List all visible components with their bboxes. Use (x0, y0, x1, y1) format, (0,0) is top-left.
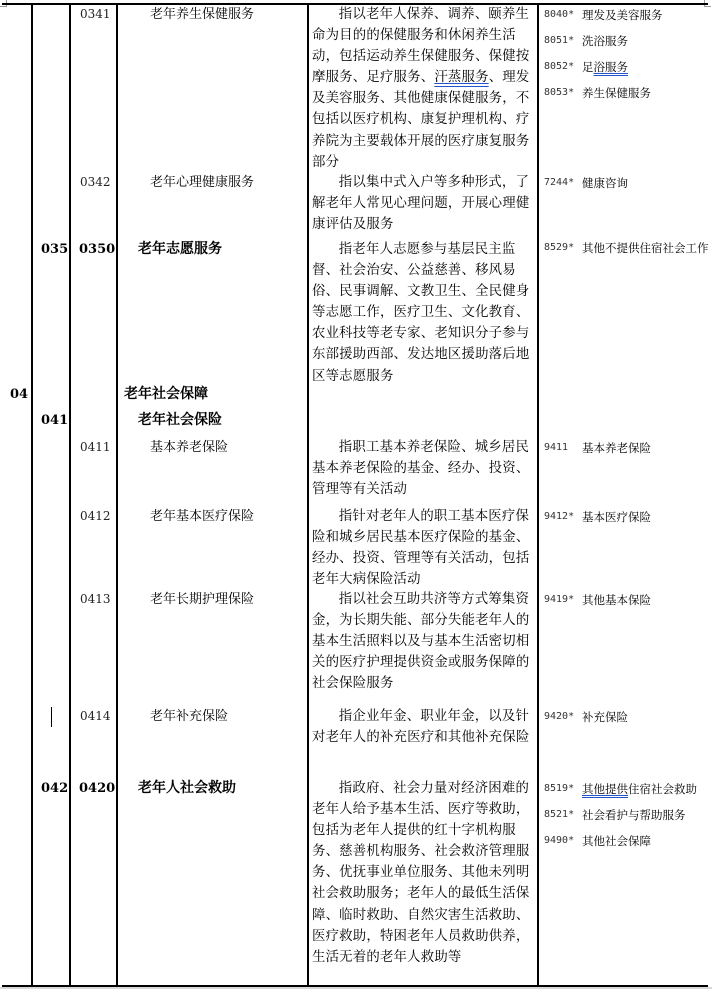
industry-item: 8521*社会看护与帮助服务 (544, 802, 710, 828)
industry-code-list: 9412*基本医疗保险 (544, 504, 710, 530)
major-category-name: 老年社会保障 (124, 384, 208, 405)
industry-item: 8040*理发及美容服务 (544, 2, 710, 28)
industry-code-list: 9419*其他基本保险 (544, 587, 710, 613)
category-description: 指政府、社会力量对经济困难的老年人给予基本生活、医疗等救助，包括为老年人提供的红… (312, 778, 535, 968)
category-name: 老年心理健康服务 (150, 172, 254, 193)
category-description: 指以集中式入户等多种形式，了解老年人常见心理问题，开展心理健康评估及服务 (312, 172, 535, 235)
major-code: 04 (10, 384, 28, 405)
spellcheck-marked-text: 其他提供 (582, 782, 628, 796)
industry-code-list: 7244*健康咨询 (544, 170, 710, 196)
column-divider-sub-name (116, 3, 118, 987)
industry-item: 8051*洗浴服务 (544, 28, 710, 54)
sub-code: 0350 (79, 239, 115, 260)
category-description: 指以老年人保养、调养、颐养生命为目的的保健服务和休闲养生活动，包括运动养生保健服… (312, 4, 535, 173)
category-name: 老年长期护理保险 (150, 589, 254, 610)
category-name: 老年人社会救助 (138, 778, 236, 799)
industry-item: 9411基本养老保险 (544, 435, 710, 461)
mid-code: 042 (41, 778, 68, 799)
column-divider-major-mid (31, 3, 33, 987)
sub-code: 0413 (80, 589, 111, 610)
category-name: 老年志愿服务 (138, 239, 222, 260)
industry-code-list: 8529*其他不提供住宿社会工作 (544, 238, 710, 259)
category-description: 指企业年金、职业年金，以及针对老年人的补充医疗和其他补充保险 (312, 706, 535, 748)
mid-category-name: 老年社会保险 (138, 410, 222, 431)
column-divider-mid-sub (69, 3, 71, 987)
industry-item: 9412*基本医疗保险 (544, 504, 710, 530)
industry-item: 7244*健康咨询 (544, 170, 710, 196)
industry-item: 8052*足浴服务 (544, 54, 710, 80)
industry-item: 9419*其他基本保险 (544, 587, 710, 613)
spellcheck-marked-text: 汗蒸服务 (434, 70, 488, 85)
category-name: 老年基本医疗保险 (150, 506, 254, 527)
sub-code: 0411 (80, 437, 111, 458)
column-divider-name-desc (307, 3, 309, 987)
industry-item: 9490*其他社会保障 (544, 828, 710, 854)
spellcheck-marked-text: 浴服务 (594, 60, 629, 74)
text-cursor-bar (51, 707, 52, 727)
industry-code-list: 8519*其他提供住宿社会救助 8521*社会看护与帮助服务 9490*其他社会… (544, 776, 710, 854)
industry-item: 9420*补充保险 (544, 704, 710, 730)
category-description: 指职工基本养老保险、城乡居民基本养老保险的基金、经办、投资、管理等有关活动 (312, 437, 535, 500)
sub-code: 0342 (80, 172, 111, 193)
category-description: 指老年人志愿参与基层民主监督、社会治安、公益慈善、移风易俗、民事调解、文教卫生、… (312, 239, 535, 387)
industry-item: 8529*其他不提供住宿社会工作 (544, 238, 710, 259)
industry-item: 8519*其他提供住宿社会救助 (544, 776, 710, 802)
industry-code-list: 9411基本养老保险 (544, 435, 710, 461)
sub-code: 0412 (80, 506, 111, 527)
sub-code: 0420 (79, 778, 115, 799)
category-name: 老年养生保健服务 (150, 4, 254, 25)
industry-code-list: 8040*理发及美容服务 8051*洗浴服务 8052*足浴服务 8053*养生… (544, 2, 710, 106)
document-page: 0341 老年养生保健服务 指以老年人保养、调养、颐养生命为目的的保健服务和休闲… (0, 0, 712, 989)
mid-code: 041 (41, 410, 68, 431)
category-description: 指以社会互助共济等方式筹集资金，为长期失能、部分失能老年人的基本生活照料以及与基… (312, 589, 535, 694)
mid-code: 035 (41, 239, 68, 260)
category-name: 老年补充保险 (150, 706, 228, 727)
category-description: 指针对老年人的职工基本医疗保险和城乡居民基本医疗保险的基金、经办、投资、管理等有… (312, 506, 535, 590)
industry-item: 8053*养生保健服务 (544, 80, 710, 106)
sub-code: 0341 (80, 4, 111, 25)
column-divider-desc-industry (537, 3, 539, 987)
sub-code: 0414 (80, 706, 111, 727)
industry-code-list: 9420*补充保险 (544, 704, 710, 730)
category-name: 基本养老保险 (150, 437, 228, 458)
